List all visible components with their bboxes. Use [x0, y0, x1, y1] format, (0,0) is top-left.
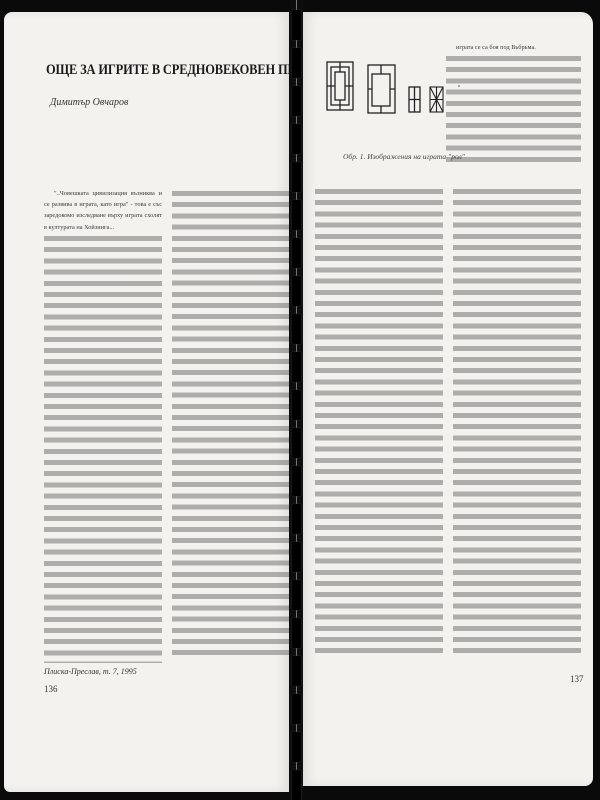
double-square-board-icon [368, 65, 395, 113]
binding-ring [292, 542, 301, 572]
binding-ring [292, 48, 301, 78]
page-number-left: 136 [44, 684, 58, 694]
triple-square-board-icon [327, 62, 353, 110]
binding-ring [292, 86, 301, 116]
binding-ring [292, 770, 301, 800]
left-text-columns: "..Човешката цивилизация възниква и се р… [44, 188, 289, 658]
binding-ring [292, 618, 301, 648]
paper-speck [458, 85, 460, 87]
binding-ring [292, 200, 301, 230]
article-title: ОЩЕ ЗА ИГРИТЕ В СРЕДНОВЕКОВЕН ПРЕСЛАВ [46, 62, 289, 79]
top-right-text: играта се са боя под Вьбрьма. [446, 42, 581, 163]
body-text-block [44, 233, 162, 663]
article-author: Димитър Овчаров [50, 97, 128, 108]
binding-ring [292, 466, 301, 496]
text-column-1: "..Човешката цивилизация възниква и се р… [44, 188, 162, 658]
binding-ring [292, 352, 301, 382]
game-boards-figure [313, 32, 463, 132]
binding-ring [292, 10, 301, 40]
binding-ring [292, 276, 301, 306]
grid-board-icon [409, 87, 420, 112]
binding-ring [292, 580, 301, 610]
binding-ring [292, 694, 301, 724]
binding-ring [292, 124, 301, 154]
binding-ring [292, 504, 301, 534]
text-column-4 [453, 186, 581, 656]
journal-reference: Плиска-Преслав, т. 7, 1995 [44, 667, 137, 676]
left-page: ОЩЕ ЗА ИГРИТЕ В СРЕДНОВЕКОВЕН ПРЕСЛАВ Ди… [4, 12, 289, 792]
right-page: Обр. 1. Изображения на играта "рол" игра… [303, 12, 593, 786]
star-board-icon [430, 87, 443, 112]
right-text-columns [315, 186, 581, 656]
binding-ring [292, 732, 301, 762]
binding-ring [292, 162, 301, 192]
body-text-block [315, 186, 443, 656]
opening-paragraph: "..Човешката цивилизация възниква и се р… [44, 188, 162, 233]
body-text-block [453, 186, 581, 656]
binding-ring [292, 390, 301, 420]
body-text-block [446, 53, 581, 163]
text-column-3 [315, 186, 443, 656]
binding-ring [292, 428, 301, 458]
binding-ring [292, 656, 301, 686]
binding-ring [292, 238, 301, 268]
spiral-binding [290, 0, 303, 800]
body-text-block [172, 188, 289, 658]
page-number-right: 137 [570, 674, 584, 684]
binding-ring [292, 314, 301, 344]
text-column-2 [172, 188, 289, 658]
